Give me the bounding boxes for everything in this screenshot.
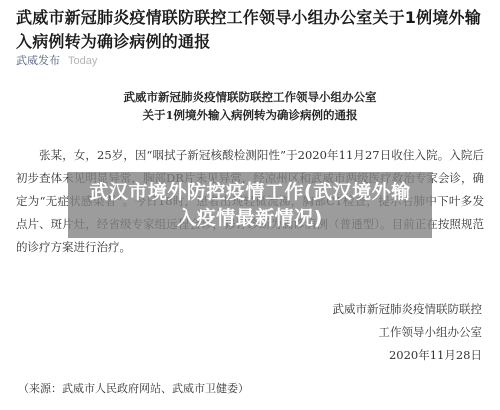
signature-org-line1: 武威市新冠肺炎疫情联防联控 [333,298,483,321]
byline: 武威发布 Today [16,54,97,68]
document-heading-line2: 关于1例境外输入病例转为确诊病例的通报 [0,106,500,124]
notice-document-image: 武威市新冠肺炎疫情联防联控工作领导小组办公室 关于1例境外输入病例转为确诊病例的… [0,88,500,124]
overlay-caption: 武汉市境外防控疫情工作(武汉境外输入疫情最新情况) [80,179,420,231]
publish-time: Today [68,54,97,68]
source-note: （来源：武威市人民政府网站、武威市卫健委） [18,381,249,397]
publisher-name[interactable]: 武威发布 [16,54,60,68]
signature-date: 2020年11月28日 [333,344,483,367]
article-header: 武威市新冠肺炎疫情联防联控工作领导小组办公室关于1例境外输入病例转为确诊病例的通… [0,0,500,54]
document-heading: 武威市新冠肺炎疫情联防联控工作领导小组办公室 关于1例境外输入病例转为确诊病例的… [0,88,500,124]
signature-org-line2: 工作领导小组办公室 [333,321,483,344]
caption-overlay: 武汉市境外防控疫情工作(武汉境外输入疫情最新情况) [68,172,432,238]
document-signature: 武威市新冠肺炎疫情联防联控 工作领导小组办公室 2020年11月28日 [333,298,483,367]
document-heading-line1: 武威市新冠肺炎疫情联防联控工作领导小组办公室 [0,88,500,106]
article-title: 武威市新冠肺炎疫情联防联控工作领导小组办公室关于1例境外输入病例转为确诊病例的通… [16,6,486,54]
